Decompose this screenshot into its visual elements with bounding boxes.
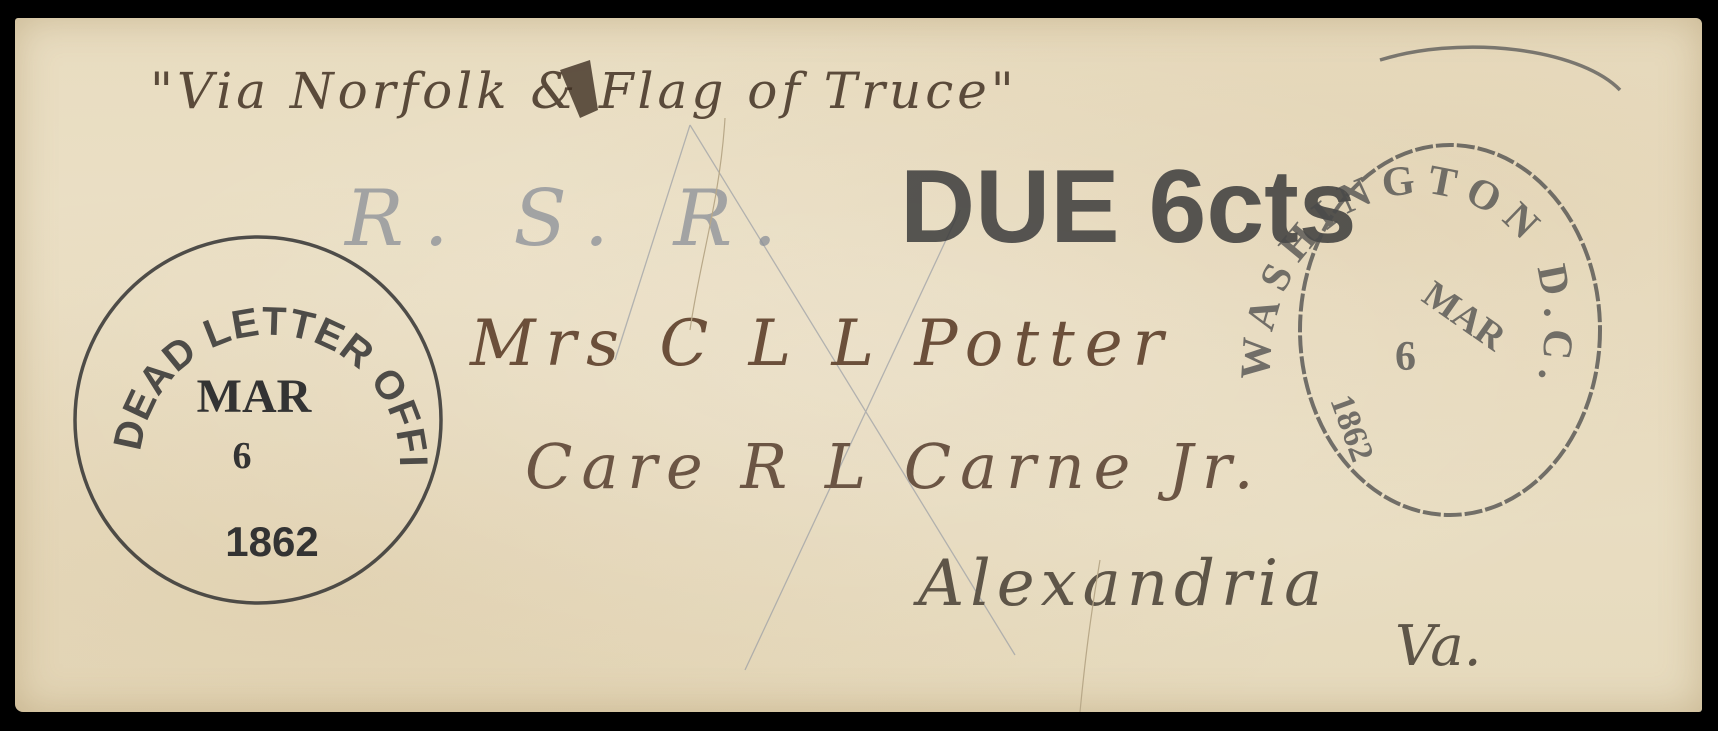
address-line-3: Alexandria <box>913 547 1328 621</box>
cover-markings: "Via Norfolk & Flag of Truce" R. S. R. D… <box>0 0 1718 731</box>
dlo-day: 6 <box>233 435 252 477</box>
address-line-4: Va. <box>1395 614 1482 679</box>
washington-month: MAR <box>1415 273 1514 360</box>
address-line-2: Care R L Carne Jr. <box>525 430 1262 503</box>
washington-day: 6 <box>1395 334 1416 380</box>
address-line-1: Mrs C L L Potter <box>469 307 1173 381</box>
dlo-month: MAR <box>197 370 313 423</box>
washington-year: 1862 <box>1322 390 1380 467</box>
dlo-year: 1862 <box>225 518 318 565</box>
washington-postmark: WASHINGTON D.C. MAR 6 1862 <box>1233 47 1620 515</box>
pencil-notation: R. S. R. <box>343 174 797 264</box>
